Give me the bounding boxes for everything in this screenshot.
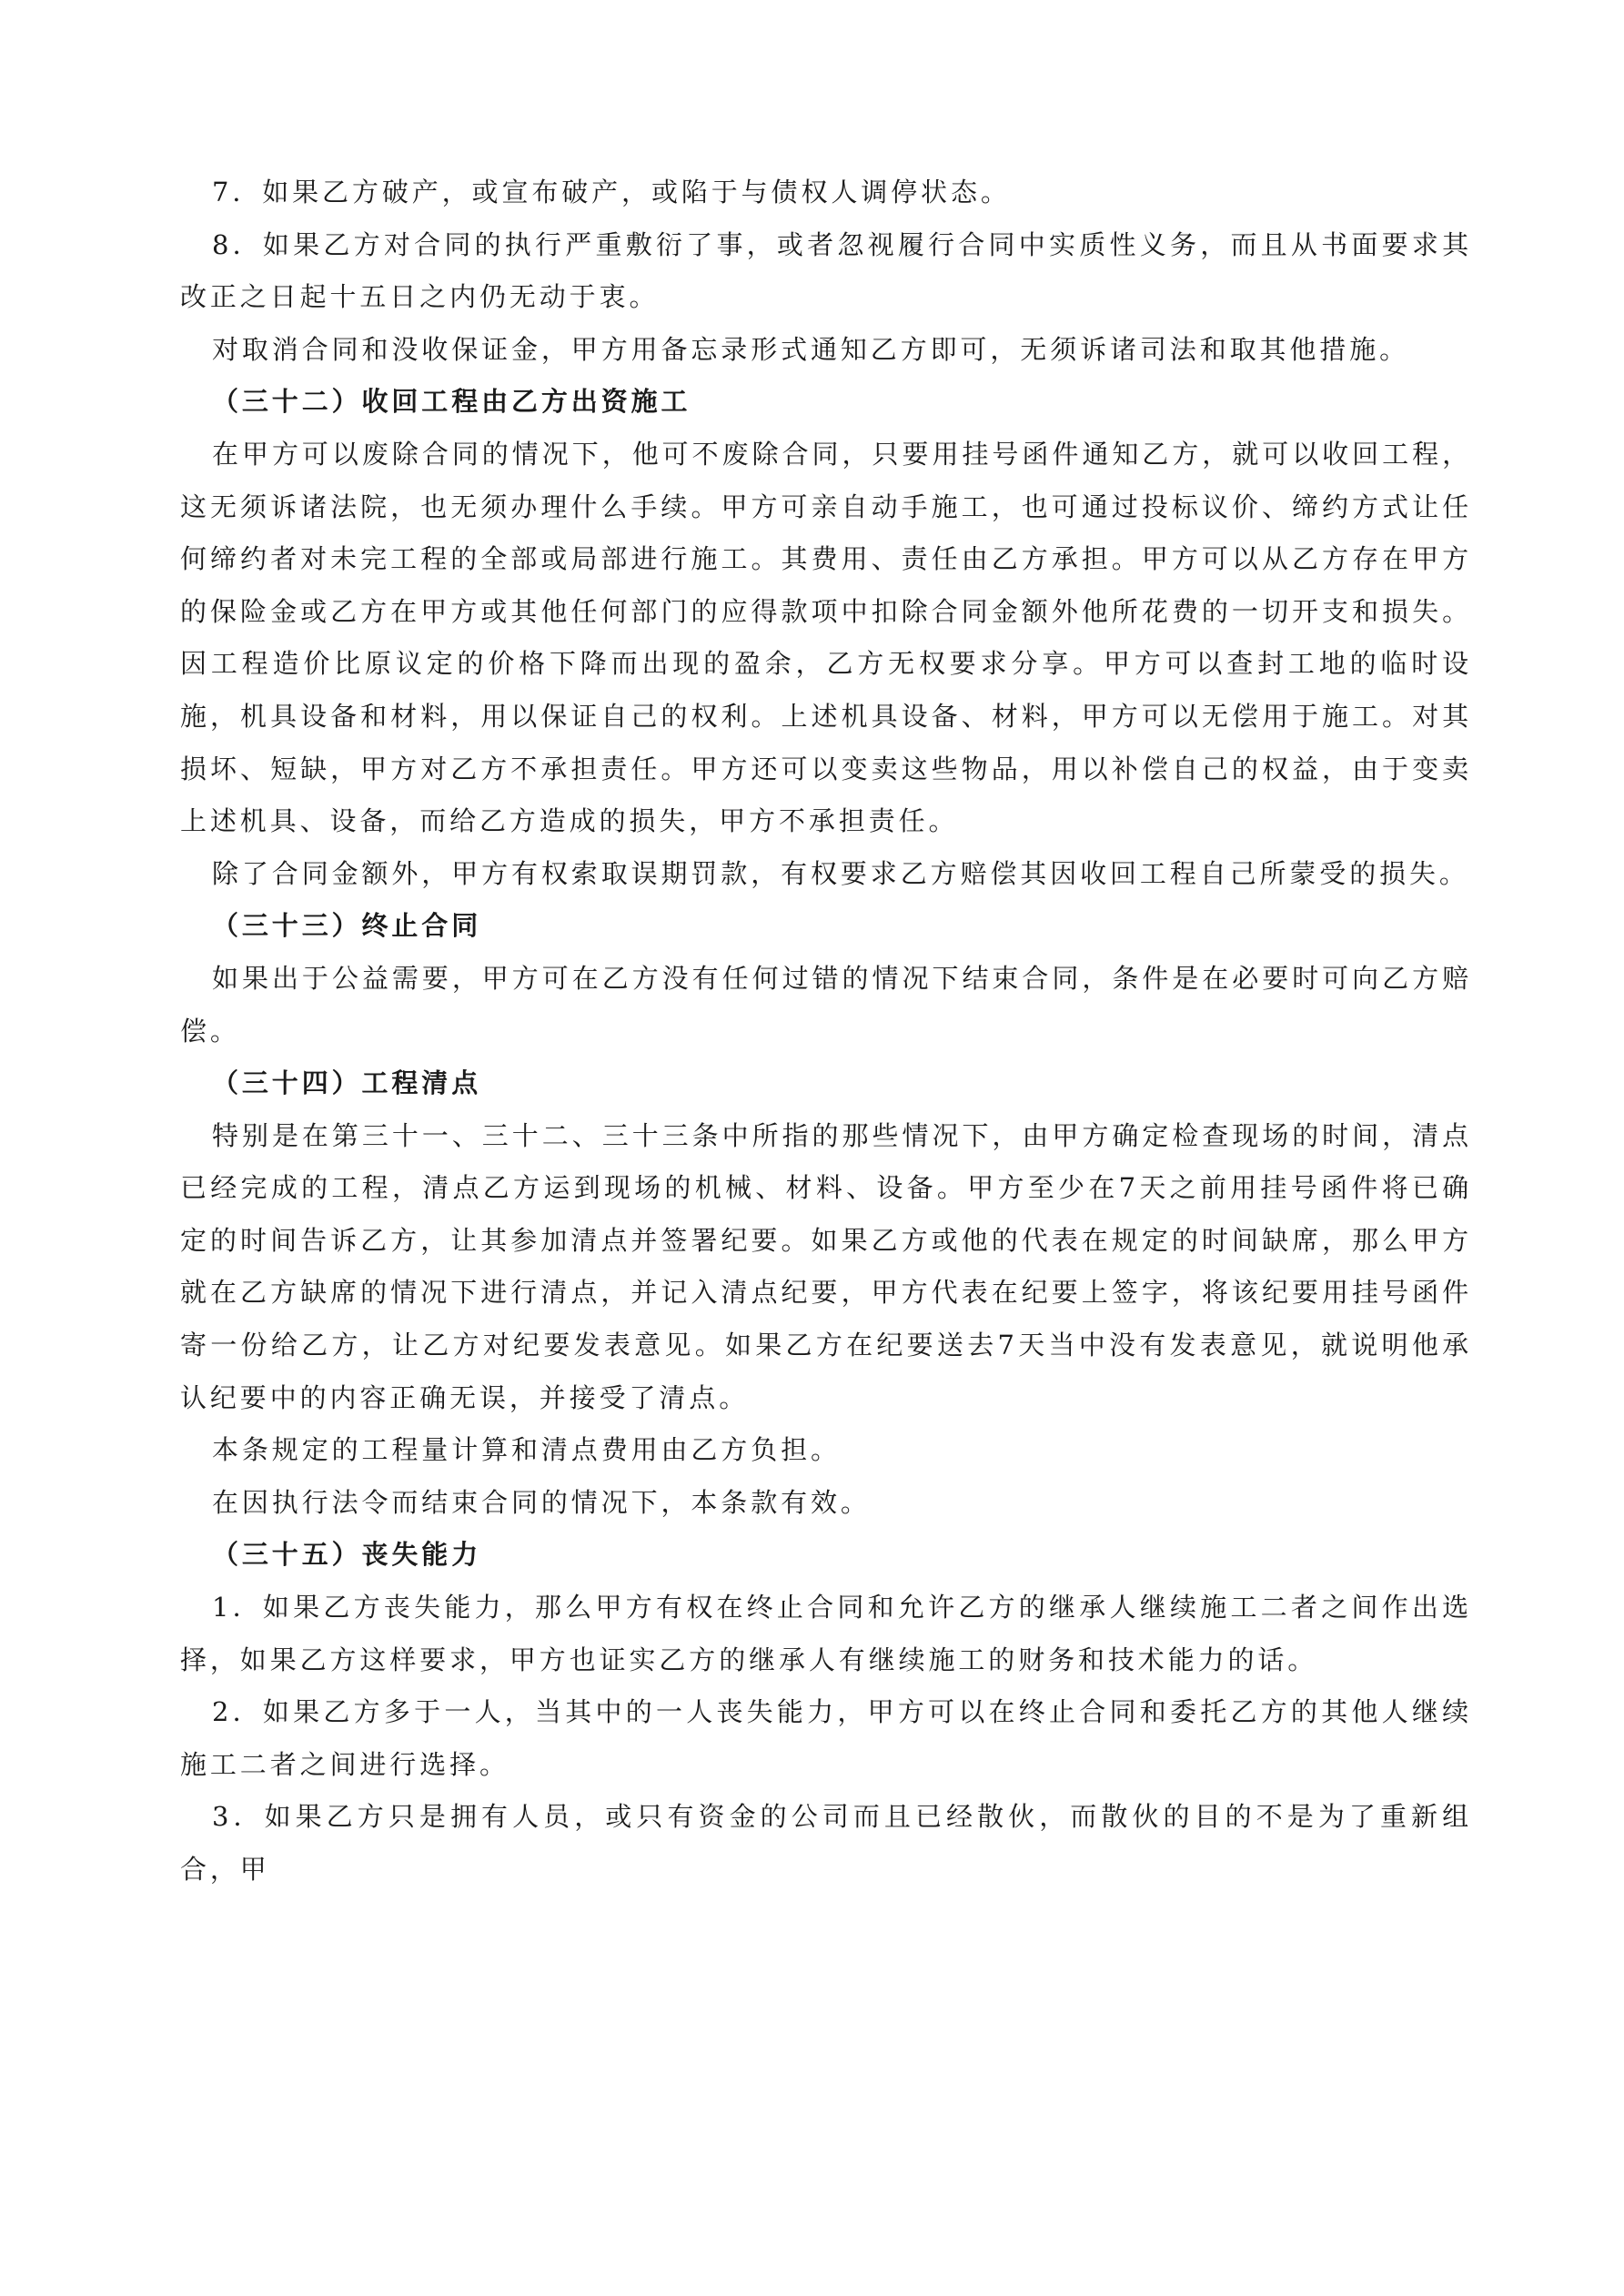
paragraph-terminate: 如果出于公益需要，甲方可在乙方没有任何过错的情况下结束合同，条件是在必要时可向乙… [180,953,1472,1057]
list-item-2: 2．如果乙方多于一人，当其中的一人丧失能力，甲方可以在终止合同和委托乙方的其他人… [180,1686,1472,1791]
section-heading-34: （三十四）工程清点 [180,1057,1472,1110]
list-item-3: 3．如果乙方只是拥有人员，或只有资金的公司而且已经散伙，而散伙的目的不是为了重新… [180,1791,1472,1896]
section-heading-35: （三十五）丧失能力 [180,1529,1472,1582]
paragraph-cancel-contract: 对取消合同和没收保证金，甲方用备忘录形式通知乙方即可，无须诉诸司法和取其他措施。 [180,324,1472,377]
paragraph-inventory-validity: 在因执行法令而结束合同的情况下，本条款有效。 [180,1477,1472,1530]
paragraph-inventory: 特别是在第三十一、三十二、三十三条中所指的那些情况下，由甲方确定检查现场的时间，… [180,1110,1472,1425]
list-item-8: 8．如果乙方对合同的执行严重敷衍了事，或者忽视履行合同中实质性义务，而且从书面要… [180,219,1472,324]
paragraph-inventory-cost: 本条规定的工程量计算和清点费用由乙方负担。 [180,1424,1472,1477]
paragraph-penalty: 除了合同金额外，甲方有权索取误期罚款，有权要求乙方赔偿其因收回工程自己所蒙受的损… [180,848,1472,901]
document-page: 7．如果乙方破产，或宣布破产，或陷于与债权人调停状态。 8．如果乙方对合同的执行… [180,167,1472,1896]
section-heading-33: （三十三）终止合同 [180,900,1472,953]
section-heading-32: （三十二）收回工程由乙方出资施工 [180,376,1472,429]
list-item-1: 1．如果乙方丧失能力，那么甲方有权在终止合同和允许乙方的继承人继续施工二者之间作… [180,1582,1472,1686]
paragraph-reclaim-work: 在甲方可以废除合同的情况下，他可不废除合同，只要用挂号函件通知乙方，就可以收回工… [180,429,1472,848]
list-item-7: 7．如果乙方破产，或宣布破产，或陷于与债权人调停状态。 [180,167,1472,219]
